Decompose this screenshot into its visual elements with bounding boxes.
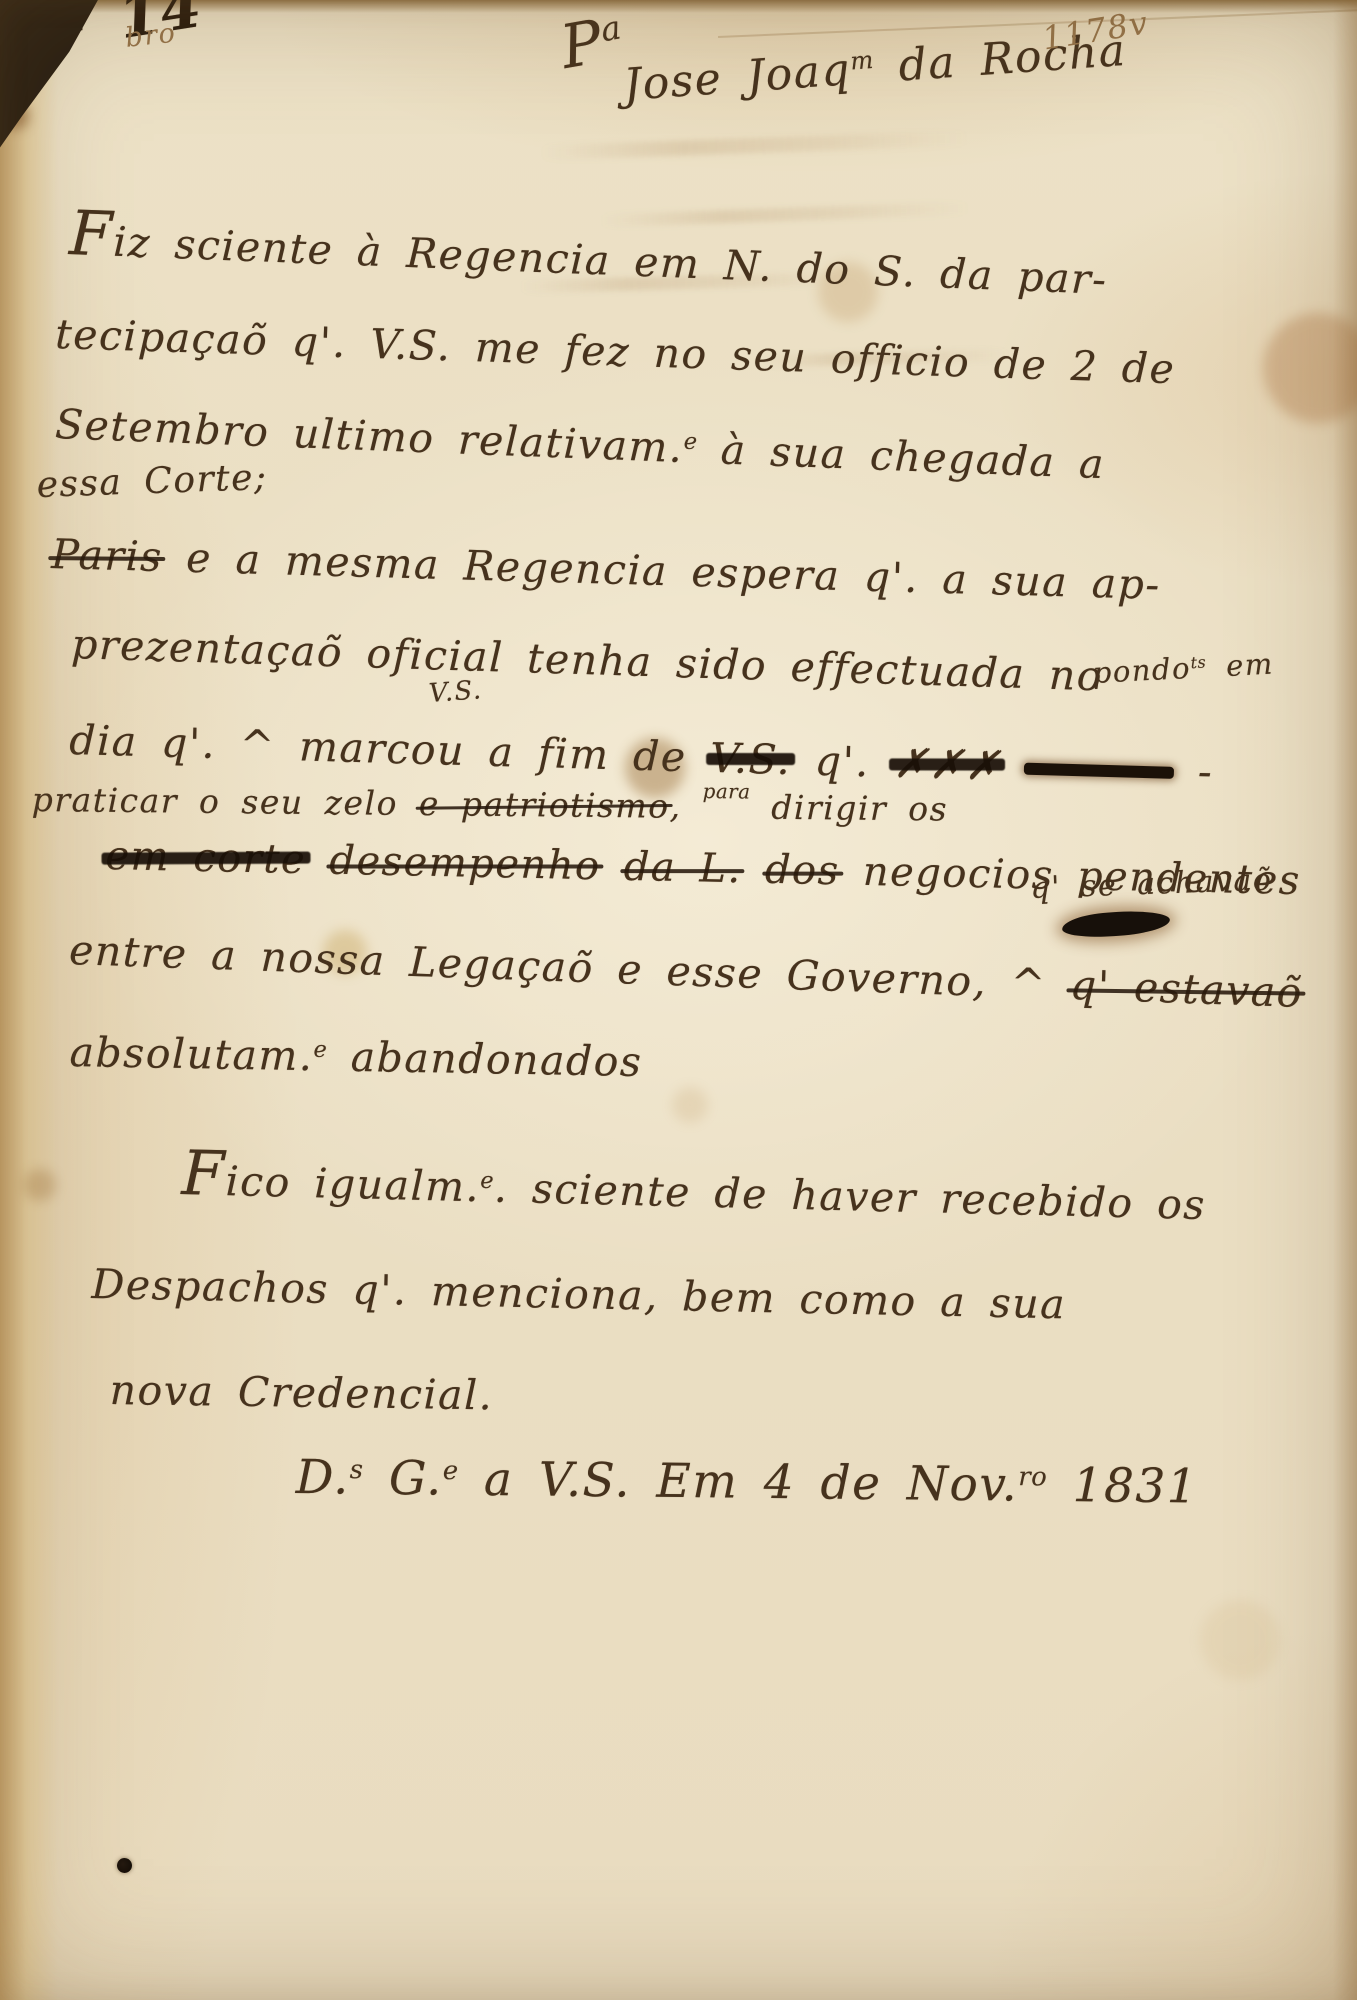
- manuscript-page: Nº 14broPaJose Joaqm da Rocha1178vFiz sc…: [0, 0, 1357, 2000]
- body-line-10: absolutam.e abandonados: [69, 1030, 643, 1085]
- body-line-4: Paris e a mesma Regencia espera q'. a su…: [51, 532, 1162, 608]
- margin-insert: essa Corte;: [36, 458, 268, 506]
- interline-insert-2: pondots em: [1092, 649, 1275, 690]
- body-line-13: nova Credencial.: [109, 1368, 493, 1418]
- dateline: D.s G.e a V.S. Em 4 de Nov.ro 1831: [295, 1452, 1198, 1513]
- folio-number: 1178v: [1040, 5, 1151, 56]
- body-line-9: entre a nossa Legaçaõ e esse Governo, ^ …: [68, 928, 1303, 1016]
- handwritten-text-layer: Nº 14broPaJose Joaqm da Rocha1178vFiz sc…: [0, 0, 1357, 2000]
- body-line-5: prezentaçaõ oficial tenha sido effectuad…: [71, 622, 1104, 699]
- interline-insert-1: V.S.: [428, 676, 484, 708]
- month-note: bro: [124, 19, 178, 54]
- body-line-7: praticar o seu zelo e patriotismo, para …: [32, 774, 949, 828]
- body-line-1: Fiz sciente à Regencia em N. do S. da pa…: [68, 218, 1108, 303]
- body-line-12: Despachos q'. menciona, bem como a sua: [91, 1262, 1067, 1327]
- ink-strike-blot: [1024, 763, 1174, 779]
- body-line-2: tecipaçaõ q'. V.S. me fez no seu officio…: [55, 312, 1176, 392]
- body-line-11: Fico igualm.e. sciente de haver recebido…: [181, 1158, 1207, 1228]
- interline-insert-3: q' se achavaõ: [1030, 864, 1273, 905]
- addressee-prefix: Pa: [556, 5, 629, 81]
- paper-hole: [117, 1858, 132, 1873]
